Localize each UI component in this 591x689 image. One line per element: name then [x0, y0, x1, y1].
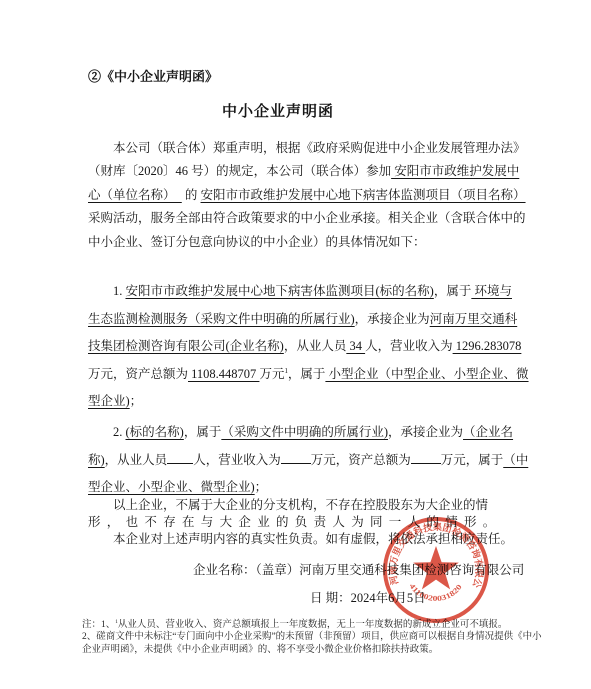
text-line: 2、磋商文件中未标注“专门面向中小企业采购”的未预留（非预留）项目，供应商可以根…: [82, 631, 522, 643]
filled-blank-text: 安阳市市政维护发展中心地下病害体监测项目(标的名称): [126, 284, 434, 298]
filled-blank-text: 1108.448707: [188, 367, 259, 381]
text-run: ，属于: [288, 367, 326, 381]
text-run: 2、磋商文件中未标注“专门面向中小企业采购”的未预留（非预留）项目，供应商可以根…: [82, 632, 542, 642]
filled-blank-text: 34: [346, 339, 365, 353]
filled-blank-text: 型企业): [88, 394, 130, 408]
text-line: 称)，从业人员人，营业收入为万元，资产总额为万元，属于（中: [88, 447, 508, 475]
text-run: ，从业人员: [284, 339, 347, 353]
filled-blank-text: (标的名称): [126, 425, 184, 439]
filled-blank-text: [281, 452, 311, 464]
document-page: ②《中小企业声明函》 中小企业声明函 本公司（联合体）郑重声明，根据《政府采购促…: [0, 0, 591, 689]
filled-blank-text: （采购文件中明确的所属行业): [221, 425, 388, 439]
filled-blank-text: 环境与: [471, 284, 512, 298]
text-line: 技集团检测咨询有限公司(企业名称)，从业人员 34 人，营业收入为 1296.2…: [88, 333, 508, 361]
text-run: ，属于: [434, 284, 472, 298]
text-run: 中小企业、签订分包意向协议的中小企业）的具体情况如下：: [88, 235, 426, 249]
text-line: 1. 安阳市市政维护发展中心地下病害体监测项目(标的名称)，属于 环境与: [88, 278, 508, 306]
filled-blank-text: 1296.283078: [453, 339, 522, 353]
text-run: ；: [130, 394, 143, 408]
seal-star-icon: [413, 546, 459, 589]
filled-blank-text: 小型企业（中型企业、小型企业、微: [325, 367, 528, 381]
filled-blank-text: （企业名: [463, 425, 513, 439]
text-run: 人，营业收入为: [193, 453, 281, 467]
text-run: 2.: [113, 425, 126, 439]
text-run: 万元，属于: [441, 453, 504, 467]
text-line: 中小企业、签订分包意向协议的中小企业）的具体情况如下：: [88, 231, 508, 254]
filled-blank-text: 技集团检测咨询有限公司(企业名称): [88, 339, 284, 353]
text-run: 万元，资产总额为: [311, 453, 411, 467]
filled-blank-text: [411, 452, 441, 464]
text-line: 心（单位名称） 的 安阳市市政维护发展中心地下病害体监测项目（项目名称）: [88, 184, 508, 207]
filled-blank-text: 生态监测检测服务（采购文件中明确的所属行业): [88, 312, 355, 326]
text-line: 2. (标的名称)，属于（采购文件中明确的所属行业)，承接企业为（企业名: [88, 419, 508, 447]
filled-blank-text: 称): [88, 453, 105, 467]
filled-blank-text: 河南万里交通科: [430, 312, 518, 326]
text-run: （财库〔2020〕46 号）的规定，本公司（联合体）参加: [88, 164, 391, 178]
text-run: 人，营业收入为: [365, 339, 453, 353]
text-run: ，属于: [184, 425, 222, 439]
text-run: 的: [182, 188, 201, 202]
text-line: 万元，资产总额为 1108.448707 万元1，属于 小型企业（中型企业、小型…: [88, 361, 508, 389]
filled-blank-text: 型企业、小型企业、微型企业): [88, 480, 255, 494]
text-run: ，从业人员: [105, 453, 168, 467]
seal-number-text: 4110020031820: [407, 582, 463, 603]
text-line: 企业声明函》，未提供《中小企业声明函》的、将不享受小微企业价格扣除扶持政策。: [82, 644, 522, 656]
company-seal-stamp: 河南万里交通科技集团检测咨询有限公司 4110020031820: [376, 510, 496, 630]
text-run: ；: [255, 480, 268, 494]
filled-blank-text: 心（单位名称）: [88, 188, 182, 202]
intro-paragraph: 本公司（联合体）郑重声明，根据《政府采购促进中小企业发展管理办法》（财库〔202…: [88, 137, 508, 254]
section-heading: ②《中小企业声明函》: [88, 66, 218, 85]
filled-blank-text: （中: [503, 453, 528, 467]
text-run: 注：1、: [82, 620, 115, 630]
filled-blank-text: 安阳市市政维护发展中心地下病害体监测项目（项目名称）: [201, 188, 526, 202]
text-run: ，承接企业为: [388, 425, 463, 439]
page-title: 中小企业声明函: [88, 100, 468, 121]
text-line: 采购活动，服务全部由符合政策要求的中小企业承接。相关企业（含联合体中的: [88, 207, 508, 230]
text-run: 万元，资产总额为: [88, 367, 188, 381]
text-run: 本公司（联合体）郑重声明，根据《政府采购促进中小企业发展管理办法》: [113, 141, 526, 155]
filled-blank-text: 安阳市市政维护发展中: [391, 164, 519, 178]
text-line: 型企业)；: [88, 388, 508, 416]
text-run: ，承接企业为: [355, 312, 430, 326]
text-line: 本公司（联合体）郑重声明，根据《政府采购促进中小企业发展管理办法》: [88, 137, 508, 160]
item2-paragraph: 2. (标的名称)，属于（采购文件中明确的所属行业)，承接企业为（企业名称)，从…: [88, 419, 508, 502]
text-line: 生态监测检测服务（采购文件中明确的所属行业)，承接企业为河南万里交通科: [88, 306, 508, 334]
text-run: 采购活动，服务全部由符合政策要求的中小企业承接。相关企业（含联合体中的: [88, 211, 526, 225]
text-run: 1.: [113, 284, 126, 298]
filled-blank-text: [167, 452, 193, 464]
text-line: （财库〔2020〕46 号）的规定，本公司（联合体）参加 安阳市市政维护发展中: [88, 160, 508, 183]
text-run: 万元: [259, 367, 284, 381]
item1-paragraph: 1. 安阳市市政维护发展中心地下病害体监测项目(标的名称)，属于 环境与生态监测…: [88, 278, 508, 416]
text-run: 企业声明函》，未提供《中小企业声明函》的、将不享受小微企业价格扣除扶持政策。: [82, 645, 438, 655]
